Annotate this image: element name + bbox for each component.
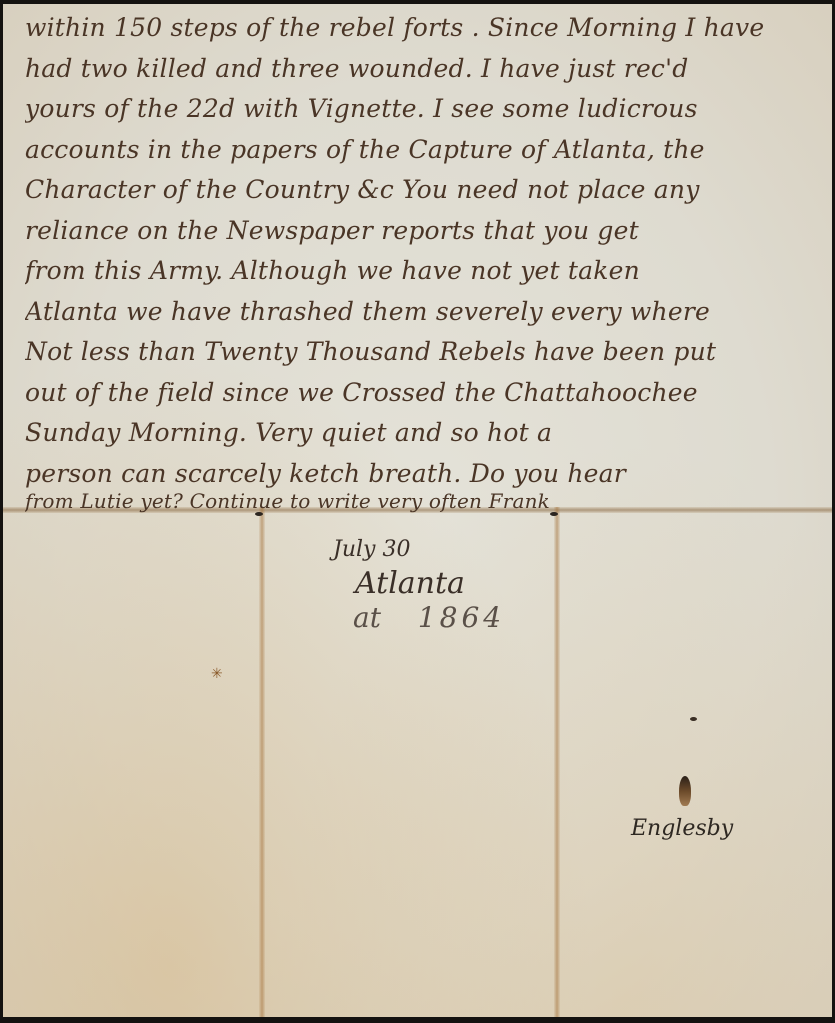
letter-line: had two killed and three wounded. I have… <box>25 49 825 90</box>
docket-year: 1864 <box>418 601 505 634</box>
ink-stain <box>679 776 691 806</box>
letter-paper: within 150 steps of the rebel forts . Si… <box>3 4 832 1017</box>
docket-notation: July 30 Atlanta at 1864 <box>333 537 505 634</box>
letter-line: Character of the Country &c You need not… <box>25 170 825 211</box>
letter-line: within 150 steps of the rebel forts . Si… <box>25 8 825 49</box>
letter-line: accounts in the papers of the Capture of… <box>25 130 825 171</box>
docket-year-line: at 1864 <box>353 601 505 634</box>
vertical-fold-line-left <box>259 507 265 1017</box>
vertical-fold-line-right <box>554 507 560 1017</box>
letter-line: out of the field since we Crossed the Ch… <box>25 373 825 414</box>
letter-line: Atlanta we have thrashed them severely e… <box>25 292 825 333</box>
letter-line: from this Army. Although we have not yet… <box>25 251 825 292</box>
letter-line-closing: from Lutie yet? Continue to write very o… <box>25 488 825 514</box>
docket-prefix: at <box>353 601 381 634</box>
docket-date: July 30 <box>333 537 505 562</box>
letter-line: Not less than Twenty Thousand Rebels hav… <box>25 332 825 373</box>
letter-body: within 150 steps of the rebel forts . Si… <box>25 8 825 514</box>
docket-place: Atlanta <box>355 566 505 601</box>
foxing-spot: ✳ <box>211 667 221 685</box>
letter-line: yours of the 22d with Vignette. I see so… <box>25 89 825 130</box>
signature: Englesby <box>631 816 733 841</box>
letter-line: reliance on the Newspaper reports that y… <box>25 211 825 252</box>
ink-dot <box>690 717 697 721</box>
letter-line: Sunday Morning. Very quiet and so hot a <box>25 413 825 454</box>
